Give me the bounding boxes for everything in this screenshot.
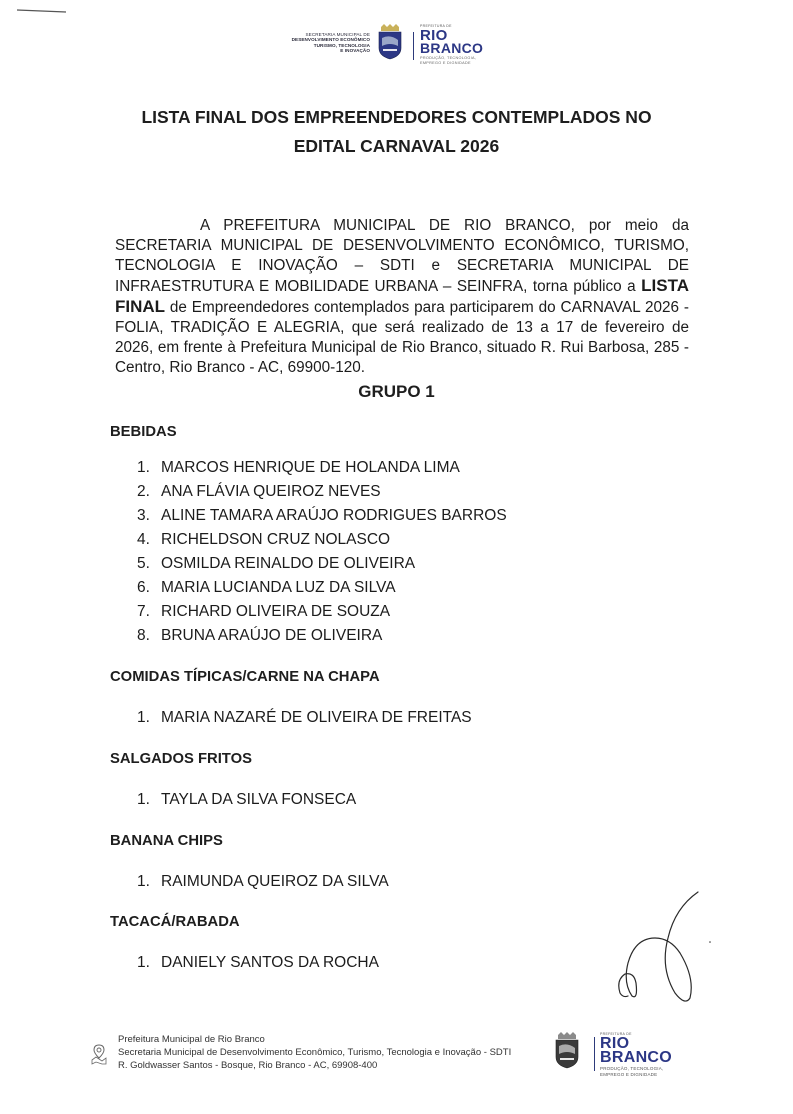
list-item: 1.RAIMUNDA QUEIROZ DA SILVA — [137, 873, 389, 891]
list-item: 2.ANA FLÁVIA QUEIROZ NEVES — [137, 483, 381, 501]
list-item: 1.TAYLA DA SILVA FONSECA — [137, 791, 356, 809]
map-pin-icon — [90, 1043, 108, 1065]
list-item: 1.DANIELY SANTOS DA ROCHA — [137, 954, 379, 972]
brand-wordmark: PREFEITURA DE RIO BRANCO PRODUÇÃO, TECNO… — [420, 24, 483, 66]
divider — [413, 32, 414, 60]
brand-wordmark: PREFEITURA DE RIO BRANCO PRODUÇÃO, TECNO… — [600, 1032, 672, 1077]
divider — [594, 1037, 595, 1071]
secretaria-label: SECRETARIA MUNICIPAL DE DESENVOLVIMENTO … — [285, 32, 370, 54]
category-heading: COMIDAS TÍPICAS/CARNE NA CHAPA — [110, 669, 380, 685]
group-title: GRUPO 1 — [0, 382, 793, 402]
list-item: 5.OSMILDA REINALDO DE OLIVEIRA — [137, 555, 415, 573]
header-logo: SECRETARIA MUNICIPAL DE DESENVOLVIMENTO … — [285, 24, 500, 70]
list-item: 3.ALINE TAMARA ARAÚJO RODRIGUES BARROS — [137, 507, 507, 525]
list-item: 4.RICHELDSON CRUZ NOLASCO — [137, 531, 390, 549]
coat-of-arms-icon — [375, 24, 405, 60]
coat-of-arms-icon — [552, 1032, 582, 1070]
category-heading: SALGADOS FRITOS — [110, 751, 252, 767]
list-item: 1.MARCOS HENRIQUE DE HOLANDA LIMA — [137, 459, 460, 477]
signature — [590, 888, 715, 1008]
category-heading: BANANA CHIPS — [110, 833, 223, 849]
list-item: 7.RICHARD OLIVEIRA DE SOUZA — [137, 603, 390, 621]
intro-paragraph: A PREFEITURA MUNICIPAL DE RIO BRANCO, po… — [115, 216, 689, 378]
category-heading: BEBIDAS — [110, 424, 177, 440]
list-item: 6.MARIA LUCIANDA LUZ DA SILVA — [137, 579, 396, 597]
list-item: 8.BRUNA ARAÚJO DE OLIVEIRA — [137, 627, 382, 645]
list-item: 1.MARIA NAZARÉ DE OLIVEIRA DE FREITAS — [137, 709, 472, 727]
footer-logo: PREFEITURA DE RIO BRANCO PRODUÇÃO, TECNO… — [552, 1032, 682, 1082]
scan-mark — [17, 9, 66, 13]
footer-address: Prefeitura Municipal de Rio Branco Secre… — [118, 1033, 511, 1072]
category-heading: TACACÁ/RABADA — [110, 914, 240, 930]
page-title: LISTA FINAL DOS EMPREENDEDORES CONTEMPLA… — [60, 103, 733, 161]
crest-caption — [371, 62, 409, 66]
